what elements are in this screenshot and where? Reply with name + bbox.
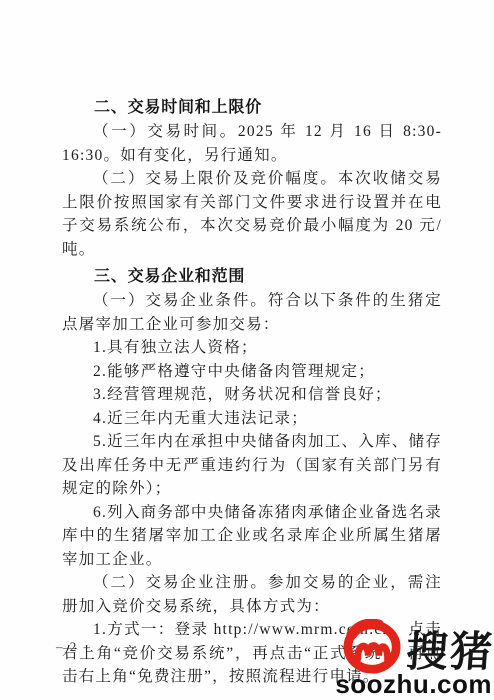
- page-number: – 2 –: [56, 639, 92, 655]
- paragraph-trade-time: （一）交易时间。2025 年 12 月 16 日 8:30-16:30。如有变化…: [62, 120, 442, 167]
- soozhu-watermark: 搜猪 soozhu.com: [324, 621, 494, 697]
- document-body: 二、交易时间和上限价 （一）交易时间。2025 年 12 月 16 日 8:30…: [62, 92, 442, 689]
- paragraph-price-cap: （二）交易上限价及竞价幅度。本次收储交易上限价按照国家有关部门文件要求进行设置并…: [62, 167, 442, 261]
- list-item-1: 1.具有独立法人资格；: [62, 336, 442, 360]
- list-item-4: 4.近三年内无重大违法记录；: [62, 407, 442, 431]
- section-heading-2: 二、交易时间和上限价: [62, 96, 442, 120]
- list-item-3: 3.经营管理规范，财务状况和信誉良好；: [62, 383, 442, 407]
- soozhu-logo-row: 搜猪: [324, 621, 494, 675]
- document-page: 二、交易时间和上限价 （一）交易时间。2025 年 12 月 16 日 8:30…: [0, 0, 494, 700]
- soozhu-logo-text: 搜猪: [404, 631, 494, 675]
- list-item-5: 5.近三年内在承担中央储备肉加工、入库、储存及出库任务中无严重违约行为（国家有关…: [62, 430, 442, 501]
- section-heading-3: 三、交易企业和范围: [62, 265, 442, 289]
- pig-snout-logo-icon: [342, 619, 404, 675]
- paragraph-enterprise-conditions: （一）交易企业条件。符合以下条件的生猪定点屠宰加工企业可参加交易：: [62, 289, 442, 336]
- list-item-6: 6.列入商务部中央储备冻猪肉承储企业备选名录库中的生猪屠宰加工企业或名录库企业所…: [62, 501, 442, 572]
- list-item-2: 2.能够严格遵守中央储备肉管理规定；: [62, 360, 442, 384]
- paragraph-registration: （二）交易企业注册。参加交易的企业，需注册加入竞价交易系统，具体方式为：: [62, 571, 442, 618]
